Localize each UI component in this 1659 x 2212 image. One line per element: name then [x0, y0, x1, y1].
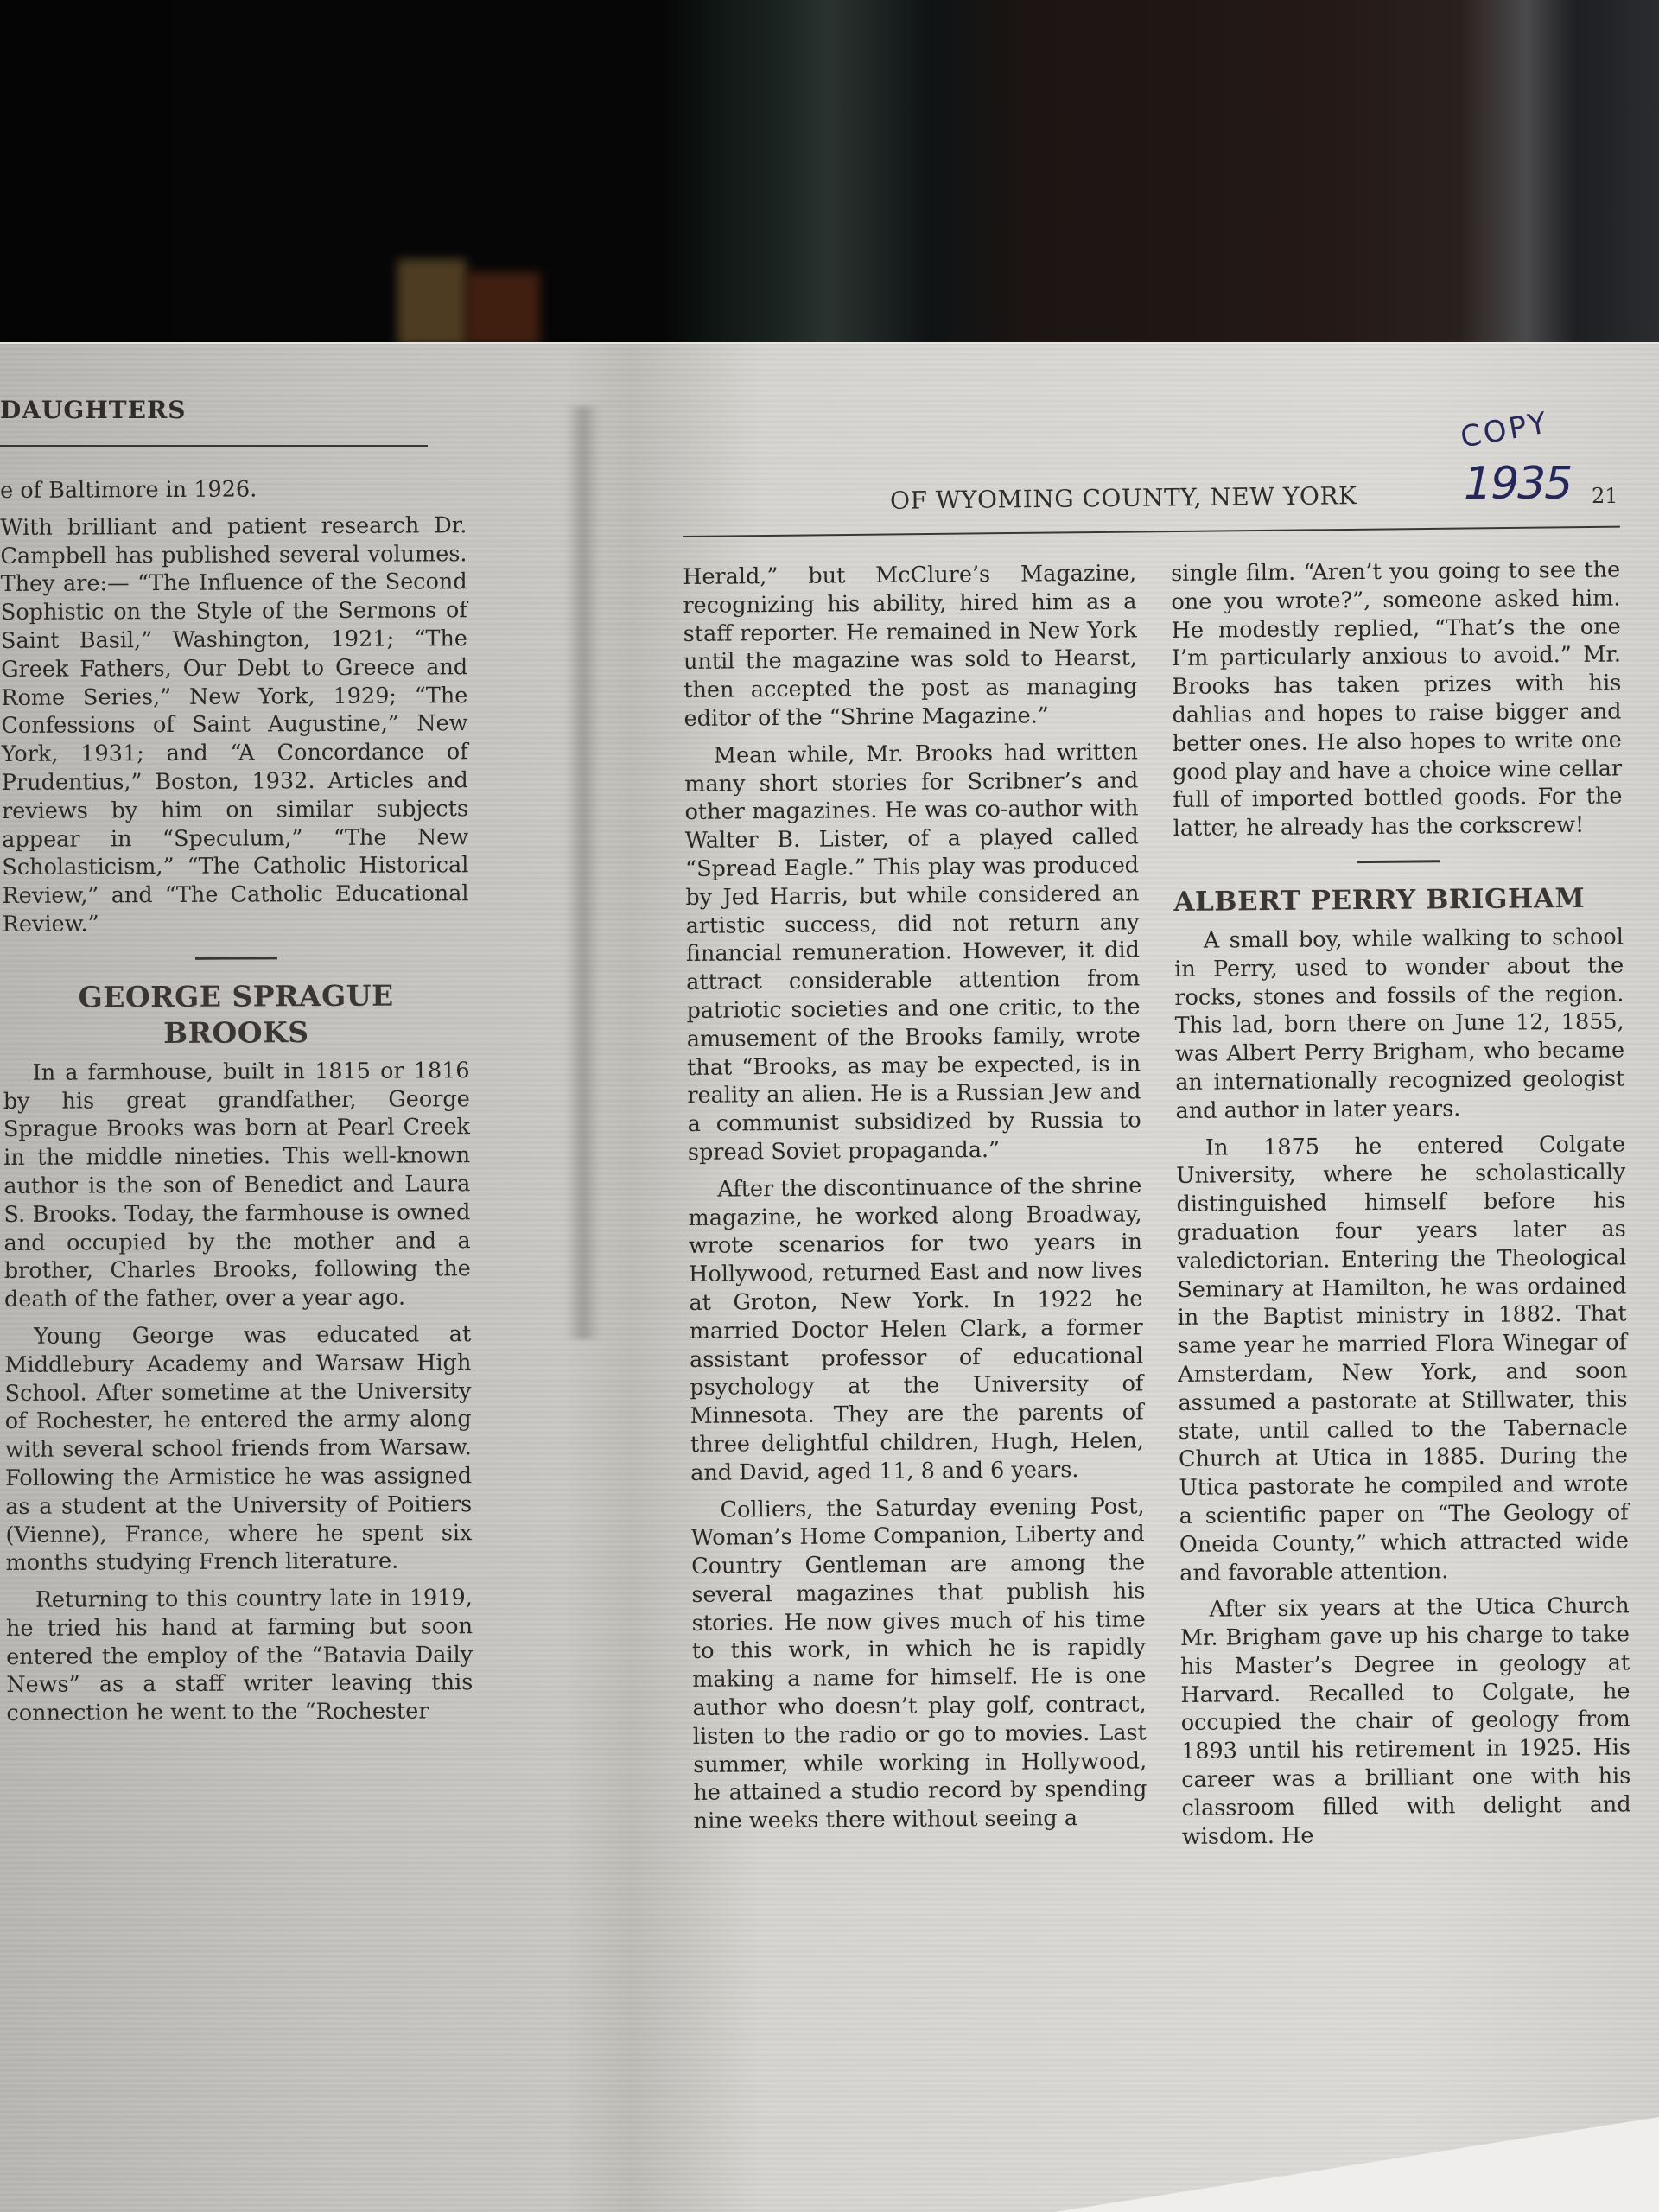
- brooks-paragraph-end: single film. “Aren’t you going to see th…: [1171, 556, 1623, 842]
- brooks-paragraph: Returning to this country late in 1919, …: [6, 1584, 474, 1728]
- brooks-paragraph: Herald,” but McClure’s Magazine, recogni…: [683, 559, 1138, 733]
- brooks-paragraph: Young George was educated at Middlebury …: [4, 1320, 473, 1578]
- brooks-section-title: GEORGE SPRAGUE BROOKS: [3, 977, 469, 1052]
- left-header-rule: [0, 445, 428, 447]
- right-running-head: OF WYOMING COUNTY, NEW YORK: [890, 481, 1357, 515]
- page-number: 21: [1592, 484, 1618, 508]
- photo-background: [0, 0, 1659, 346]
- brigham-paragraph: A small boy, while walking to school in …: [1174, 923, 1625, 1125]
- brooks-paragraph: Colliers, the Saturday evening Post, Wom…: [690, 1492, 1147, 1836]
- background-blur-object: [397, 259, 467, 346]
- brooks-title-line1: GEORGE SPRAGUE: [78, 978, 393, 1014]
- brooks-paragraph: Mean while, Mr. Brooks had written many …: [684, 738, 1141, 1167]
- brigham-paragraph: After six years at the Utica Church Mr. …: [1179, 1592, 1631, 1852]
- brooks-paragraph: In a farmhouse, built in 1815 or 1816 by…: [3, 1057, 472, 1314]
- page-gutter-crease: [566, 406, 601, 1339]
- right-column: single film. “Aren’t you going to see th…: [1171, 556, 1631, 1859]
- background-blur-object: [467, 272, 540, 346]
- brooks-title-line2: BROOKS: [163, 1015, 309, 1050]
- middle-column: Herald,” but McClure’s Magazine, recogni…: [683, 559, 1147, 1845]
- brigham-paragraph: In 1875 he entered Colgate University, w…: [1176, 1130, 1630, 1587]
- left-running-head: DAUGHTERS: [0, 396, 186, 424]
- brigham-section-title: ALBERT PERRY BRIGHAM: [1173, 880, 1623, 920]
- left-column: e of Baltimore in 1926. With brilliant a…: [0, 474, 474, 1737]
- handwritten-year-note: 1935: [1464, 458, 1571, 510]
- campbell-paragraph-end: e of Baltimore in 1926.: [0, 474, 467, 505]
- section-separator: [1357, 860, 1440, 863]
- campbell-paragraph: With brilliant and patient research Dr. …: [0, 512, 469, 939]
- brooks-paragraph: After the discontinuance of the shrine m…: [688, 1172, 1144, 1487]
- section-separator: [194, 957, 276, 959]
